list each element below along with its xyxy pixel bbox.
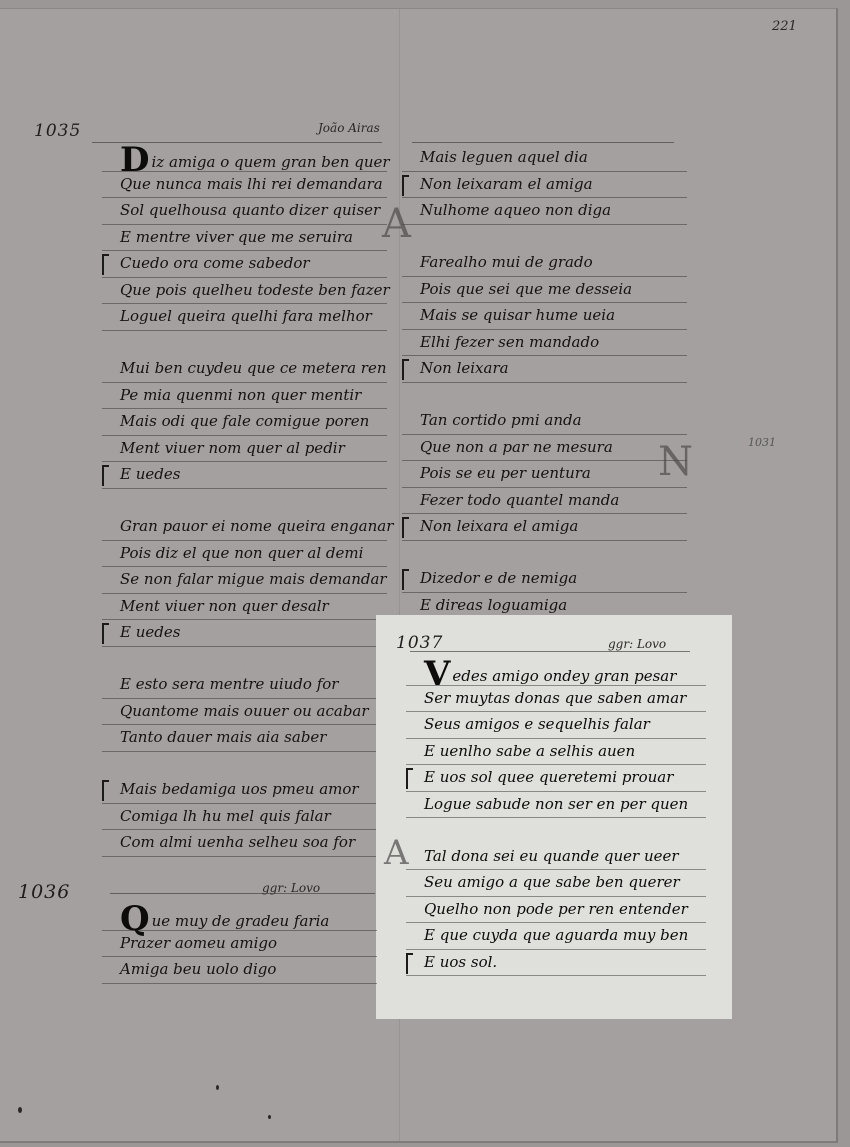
verse-line: Que muy de gradeu faria [102, 904, 377, 931]
verse-line: E mentre viver que me seruira [102, 225, 387, 252]
verse-line: Elhi fezer sen mandado [402, 330, 687, 357]
poem-attribution-1037: ggr: Lovo [608, 637, 666, 651]
verse-line: E uos sol quee queretemi prouar [406, 765, 706, 792]
verse-line: E esto sera mentre uiudo for [102, 672, 387, 699]
verse-line: Mais leguen aquel dia [402, 145, 687, 172]
folio-number: 221 [772, 19, 797, 34]
verse-line: Com almi uenha selheu soa for [102, 830, 387, 857]
verse-line: Pois se eu per uentura [402, 461, 687, 488]
stanza-gap [402, 541, 687, 567]
verse-line: Quantome mais ouuer ou acabar [102, 699, 387, 726]
verse-line: Non leixara [402, 356, 687, 383]
verse-line: Mui ben cuydeu que ce metera ren [102, 356, 387, 383]
verse-line: Prazer aomeu amigo [102, 931, 377, 958]
verse-line: Ment viuer non quer desalr [102, 594, 387, 621]
verse-line: Pois que sei que me desseia [402, 277, 687, 304]
verse-line: Non leixara el amiga [402, 514, 687, 541]
ink-speck [18, 1107, 22, 1113]
stanza-gap [102, 489, 387, 515]
verse-line: E uedes [102, 620, 387, 647]
verse-line: E uedes [102, 462, 387, 489]
verse-line: E uos sol. [406, 950, 706, 977]
verse-line: Mais odi que fale comigue poren [102, 409, 387, 436]
refrain-bracket [102, 254, 109, 275]
refrain-bracket [402, 569, 409, 590]
verse-line: E uenlho sabe a selhis auen [406, 739, 706, 766]
refrain-bracket [102, 623, 109, 644]
verse-line: Seu amigo a que sabe ben querer [406, 870, 706, 897]
poem-attribution-1035: João Airas [318, 121, 380, 135]
verse-line: Tanto dauer mais aia saber [102, 725, 387, 752]
verse-line: Tan cortido pmi anda [402, 408, 687, 435]
ink-speck [216, 1085, 219, 1090]
marginal-letter-n: N [658, 439, 693, 485]
verse-line: Cuedo ora come sabedor [102, 251, 387, 278]
ruling-line [410, 651, 690, 652]
verse-line: Nulhome aqueo non diga [402, 198, 687, 225]
manuscript-page: 221 1035 João Airas Diz amiga o quem gra… [0, 8, 838, 1143]
verse-line: Logue sabude non ser en per quen [406, 792, 706, 819]
refrain-bracket [406, 953, 413, 974]
verse-line: Que nunca mais lhi rei demandara [102, 172, 387, 199]
verse-line: Seus amigos e sequelhis falar [406, 712, 706, 739]
verse-line: Que pois quelheu todeste ben fazer [102, 278, 387, 305]
verse-line: E que cuyda que aguarda muy ben [406, 923, 706, 950]
verse-line: Farealho mui de grado [402, 250, 687, 277]
verse-line: Comiga lh hu mel quis falar [102, 804, 387, 831]
marginal-letter-a: A [384, 833, 409, 873]
verse-line: Ment viuer nom quer al pedir [102, 436, 387, 463]
poem-number-1036: 1036 [18, 881, 70, 903]
stanza-gap [406, 818, 706, 844]
verse-line: Tal dona sei eu quande quer ueer [406, 844, 706, 871]
ruling-line [110, 893, 375, 894]
highlighted-region: 1037 ggr: Lovo Vedes amigo ondey gran pe… [376, 615, 732, 1019]
verse-line: Se non falar migue mais demandar [102, 567, 387, 594]
stanza-gap [102, 647, 387, 673]
refrain-bracket [402, 517, 409, 538]
poem-1035-right-column: Mais leguen aquel dia Non leixaram el am… [402, 145, 687, 619]
refrain-bracket [102, 780, 109, 801]
poem-number-1035: 1035 [34, 121, 81, 141]
poem-1037-column: Vedes amigo ondey gran pesar Ser muytas … [406, 659, 706, 976]
poem-1036-column: Que muy de gradeu faria Prazer aomeu ami… [102, 904, 377, 984]
poem-number-1037: 1037 [396, 633, 443, 653]
stanza-gap [402, 225, 687, 251]
verse-line: Loguel queira quelhi fara melhor [102, 304, 387, 331]
verse-line: Mais se quisar hume ueia [402, 303, 687, 330]
verse-line: Que non a par ne mesura [402, 435, 687, 462]
stanza-gap [102, 331, 387, 357]
refrain-bracket [402, 359, 409, 380]
verse-line: Fezer todo quantel manda [402, 488, 687, 515]
refrain-bracket [102, 465, 109, 486]
verse-line: Non leixaram el amiga [402, 172, 687, 199]
verse-line: Diz amiga o quem gran ben quer [102, 145, 387, 172]
poem-1035-left-column: Diz amiga o quem gran ben quer Que nunca… [102, 145, 387, 857]
stanza-gap [402, 383, 687, 409]
verse-line: Mais bedamiga uos pmeu amor [102, 777, 387, 804]
stanza-gap [102, 752, 387, 778]
refrain-bracket [402, 175, 409, 196]
verse-line: Ser muytas donas que saben amar [406, 686, 706, 713]
verse-line: Pois diz el que non quer al demi [102, 541, 387, 568]
refrain-bracket [406, 768, 413, 789]
verse-line: Sol quelhousa quanto dizer quiser [102, 198, 387, 225]
ruling-line [412, 142, 674, 143]
marginal-number: 1031 [748, 436, 776, 449]
verse-line: Gran pauor ei nome queira enganar [102, 514, 387, 541]
verse-line: Dizedor e de nemiga [402, 566, 687, 593]
verse-line: Pe mia quenmi non quer mentir [102, 383, 387, 410]
verse-line: Amiga beu uolo digo [102, 957, 377, 984]
ink-speck [268, 1115, 271, 1119]
verse-line: Quelho non pode per ren entender [406, 897, 706, 924]
marginal-letter-a: A [382, 201, 411, 247]
verse-line: Vedes amigo ondey gran pesar [406, 659, 706, 686]
